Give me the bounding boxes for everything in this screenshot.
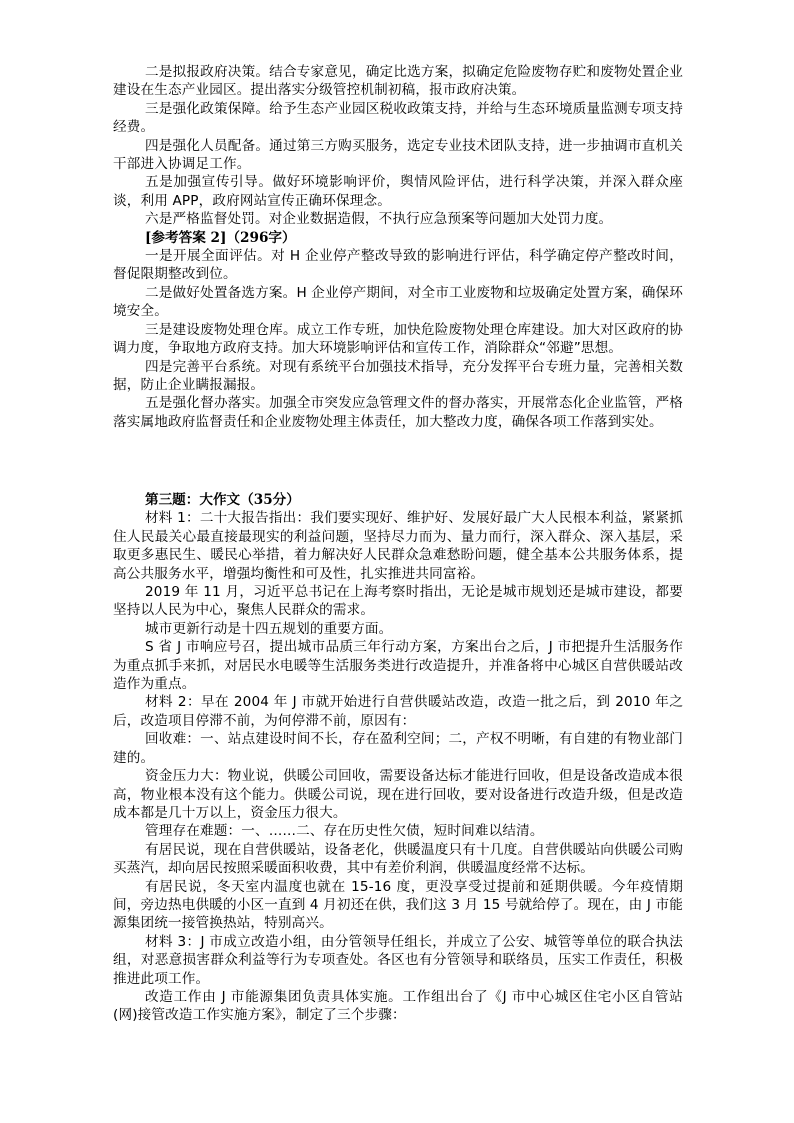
answer2-paragraph-3: 三是建设废物处理仓库。成立工作专班，加快危险废物处理仓库建设。加大对区政府的协调… — [113, 321, 683, 358]
question3-heading: 第三题：大作文（35分） — [113, 491, 683, 509]
material1-paragraph-urban-renewal: 城市更新行动是十四五规划的重要方面。 — [113, 620, 683, 638]
material2-paragraph-resident-2: 有居民说，冬天室内温度也就在 15-16 度，更没享受过提前和延期供暖。今年疫情… — [113, 878, 683, 933]
answer2-paragraph-2: 二是做好处置备选方案。H 企业停产期间，对全市工业废物和垃圾确定处置方案，确保环… — [113, 284, 683, 321]
answer2-heading: [参考答案 2]（296字） — [113, 229, 683, 247]
paragraph-decision: 二是拟报政府决策。结合专家意见，确定比选方案，拟确定危险废物存贮和废物处置企业建… — [113, 63, 683, 100]
material1-paragraph-2019: 2019 年 11 月，习近平总书记在上海考察时指出，无论是城市规划还是城市建设… — [113, 583, 683, 620]
answer2-paragraph-5: 五是强化督办落实。加强全市突发应急管理文件的督办落实，开展常态化企业监管，严格落… — [113, 394, 683, 431]
paragraph-staffing: 四是强化人员配备。通过第三方购买服务，选定专业技术团队支持，进一步抽调市直机关干… — [113, 137, 683, 174]
paragraph-penalty: 六是严格监督处罚。对企业数据造假，不执行应急预案等问题加大处罚力度。 — [113, 210, 683, 228]
document-section-answers: 二是拟报政府决策。结合专家意见，确定比选方案，拟确定危险废物存贮和废物处置企业建… — [113, 63, 683, 431]
material2-paragraph-funding: 资金压力大：物业说，供暖公司回收，需要设备达标才能进行回收，但是设备改造成本很高… — [113, 767, 683, 822]
answer2-paragraph-1: 一是开展全面评估。对 H 企业停产整改导致的影响进行评估，科学确定停产整改时间，… — [113, 247, 683, 284]
material3-paragraph-implementation: 改造工作由 J 市能源集团负责具体实施。工作组出台了《J 市中心城区住宅小区自管… — [113, 988, 683, 1025]
paragraph-publicity: 五是加强宣传引导。做好环境影响评价，舆情风险评估，进行科学决策，并深入群众座谈，… — [113, 173, 683, 210]
material3-paragraph: 材料 3：J 市成立改造小组，由分管领导任组长，并成立了公安、城管等单位的联合执… — [113, 933, 683, 988]
material2-paragraph-management: 管理存在难题：一、……二、存在历史性欠债，短时间难以结清。 — [113, 822, 683, 840]
paragraph-policy: 三是强化政策保障。给予生态产业园区税收政策支持，并给与生态环境质量监测专项支持经… — [113, 100, 683, 137]
material1-paragraph: 材料 1：二十大报告指出：我们要实现好、维护好、发展好最广大人民根本利益，紧紧抓… — [113, 509, 683, 583]
material2-paragraph-resident-1: 有居民说，现在自营供暖站，设备老化，供暖温度只有十几度。自营供暖站向供暖公司购买… — [113, 841, 683, 878]
material1-paragraph-s-province: S 省 J 市响应号召，提出城市品质三年行动方案，方案出台之后，J 市把提升生活… — [113, 638, 683, 693]
material2-paragraph-recovery: 回收难：一、站点建设时间不长，存在盈利空间；二，产权不明晰，有自建的有物业部门建… — [113, 730, 683, 767]
answer2-paragraph-4: 四是完善平台系统。对现有系统平台加强技术指导，充分发挥平台专班力量，完善相关数据… — [113, 358, 683, 395]
document-section-question3: 第三题：大作文（35分） 材料 1：二十大报告指出：我们要实现好、维护好、发展好… — [113, 491, 683, 1025]
material2-paragraph: 材料 2：早在 2004 年 J 市就开始进行自营供暖站改造，改造一批之后，到 … — [113, 693, 683, 730]
